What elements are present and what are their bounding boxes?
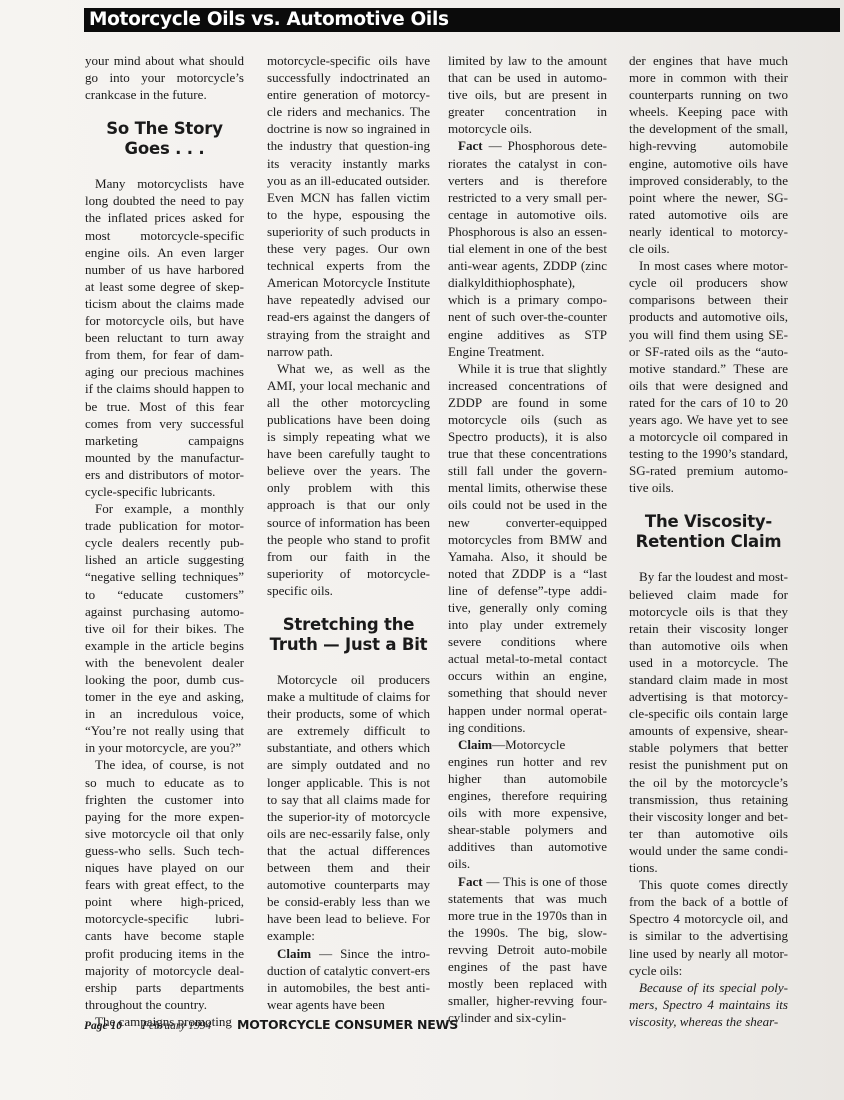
paragraph: Fact — Phosphorous dete-riorates the cat…: [448, 137, 607, 359]
paragraph-text: For example, a monthly trade publication…: [85, 501, 244, 755]
paragraph: der engines that have much more in commo…: [629, 52, 788, 257]
publication-name: MOTORCYCLE CONSUMER NEWS: [237, 1017, 458, 1032]
paragraph-text: This quote comes directly from the back …: [629, 877, 788, 977]
page-number: Page 10: [84, 1020, 142, 1032]
paragraph: While it is true that slightly increased…: [448, 360, 607, 736]
paragraph: This quote comes directly from the back …: [629, 876, 788, 979]
lead-term: Claim: [458, 737, 492, 752]
column-3: limited by law to the amount that can be…: [448, 52, 607, 1026]
paragraph-text: — Phosphorous dete-riorates the catalyst…: [448, 138, 607, 358]
paragraph-text: Motorcycle oil producers make a multitud…: [267, 672, 430, 943]
paragraph-text: your mind about what should go into your…: [85, 53, 244, 102]
paragraph-text: Because of its special poly-mers, Spectr…: [629, 980, 788, 1029]
paragraph: Motorcycle oil producers make a multitud…: [267, 671, 430, 945]
paragraph-text: The idea, of course, is not so much to e…: [85, 757, 244, 1011]
paragraph-text: What we, as well as the AMI, your local …: [267, 361, 430, 598]
paragraph: For example, a monthly trade publication…: [85, 500, 244, 756]
column-1: your mind about what should go into your…: [85, 52, 244, 1030]
paragraph-text: While it is true that slightly increased…: [448, 361, 607, 735]
paragraph: The idea, of course, is not so much to e…: [85, 756, 244, 1012]
section-heading: The Viscosity-Retention Claim: [629, 512, 788, 552]
paragraph-text: By far the loudest and most-believed cla…: [629, 569, 788, 875]
paragraph: your mind about what should go into your…: [85, 52, 244, 103]
section-heading: So The Story Goes . . .: [85, 119, 244, 159]
paragraph: motorcycle-specific oils have successful…: [267, 52, 430, 360]
article-title: Motorcycle Oils vs. Automotive Oils: [84, 8, 840, 32]
paragraph: By far the loudest and most-believed cla…: [629, 568, 788, 876]
paragraph-text: motorcycle-specific oils have successful…: [267, 53, 430, 359]
paragraph-text: In most cases where motor-cycle oil prod…: [629, 258, 788, 495]
lead-term: Claim: [277, 946, 311, 961]
paragraph: Fact — This is one of those statements t…: [448, 873, 607, 1027]
paragraph-text: limited by law to the amount that can be…: [448, 53, 607, 136]
paragraph: limited by law to the amount that can be…: [448, 52, 607, 137]
paragraph: Because of its special poly-mers, Spectr…: [629, 979, 788, 1030]
paragraph: Claim—Motorcycle engines run hotter and …: [448, 736, 607, 873]
paragraph-text: —Motorcycle engines run hotter and rev h…: [448, 737, 607, 872]
lead-term: Fact: [458, 138, 483, 153]
paragraph-text: der engines that have much more in commo…: [629, 53, 788, 256]
page-footer: Page 10 February 1994 MOTORCYCLE CONSUME…: [84, 1017, 458, 1032]
paragraph: What we, as well as the AMI, your local …: [267, 360, 430, 599]
section-heading: Stretching the Truth — Just a Bit: [267, 615, 430, 655]
paragraph: In most cases where motor-cycle oil prod…: [629, 257, 788, 496]
paragraph-text: Many motorcyclists have long doubted the…: [85, 176, 244, 499]
column-4: der engines that have much more in commo…: [629, 52, 788, 1030]
paragraph: Many motorcyclists have long doubted the…: [85, 175, 244, 500]
paragraph: Claim — Since the intro-duction of catal…: [267, 945, 430, 1013]
column-2: motorcycle-specific oils have successful…: [267, 52, 430, 1013]
paragraph-text: — This is one of those statements that w…: [448, 874, 607, 1026]
lead-term: Fact: [458, 874, 483, 889]
issue-date: February 1994: [142, 1020, 237, 1032]
